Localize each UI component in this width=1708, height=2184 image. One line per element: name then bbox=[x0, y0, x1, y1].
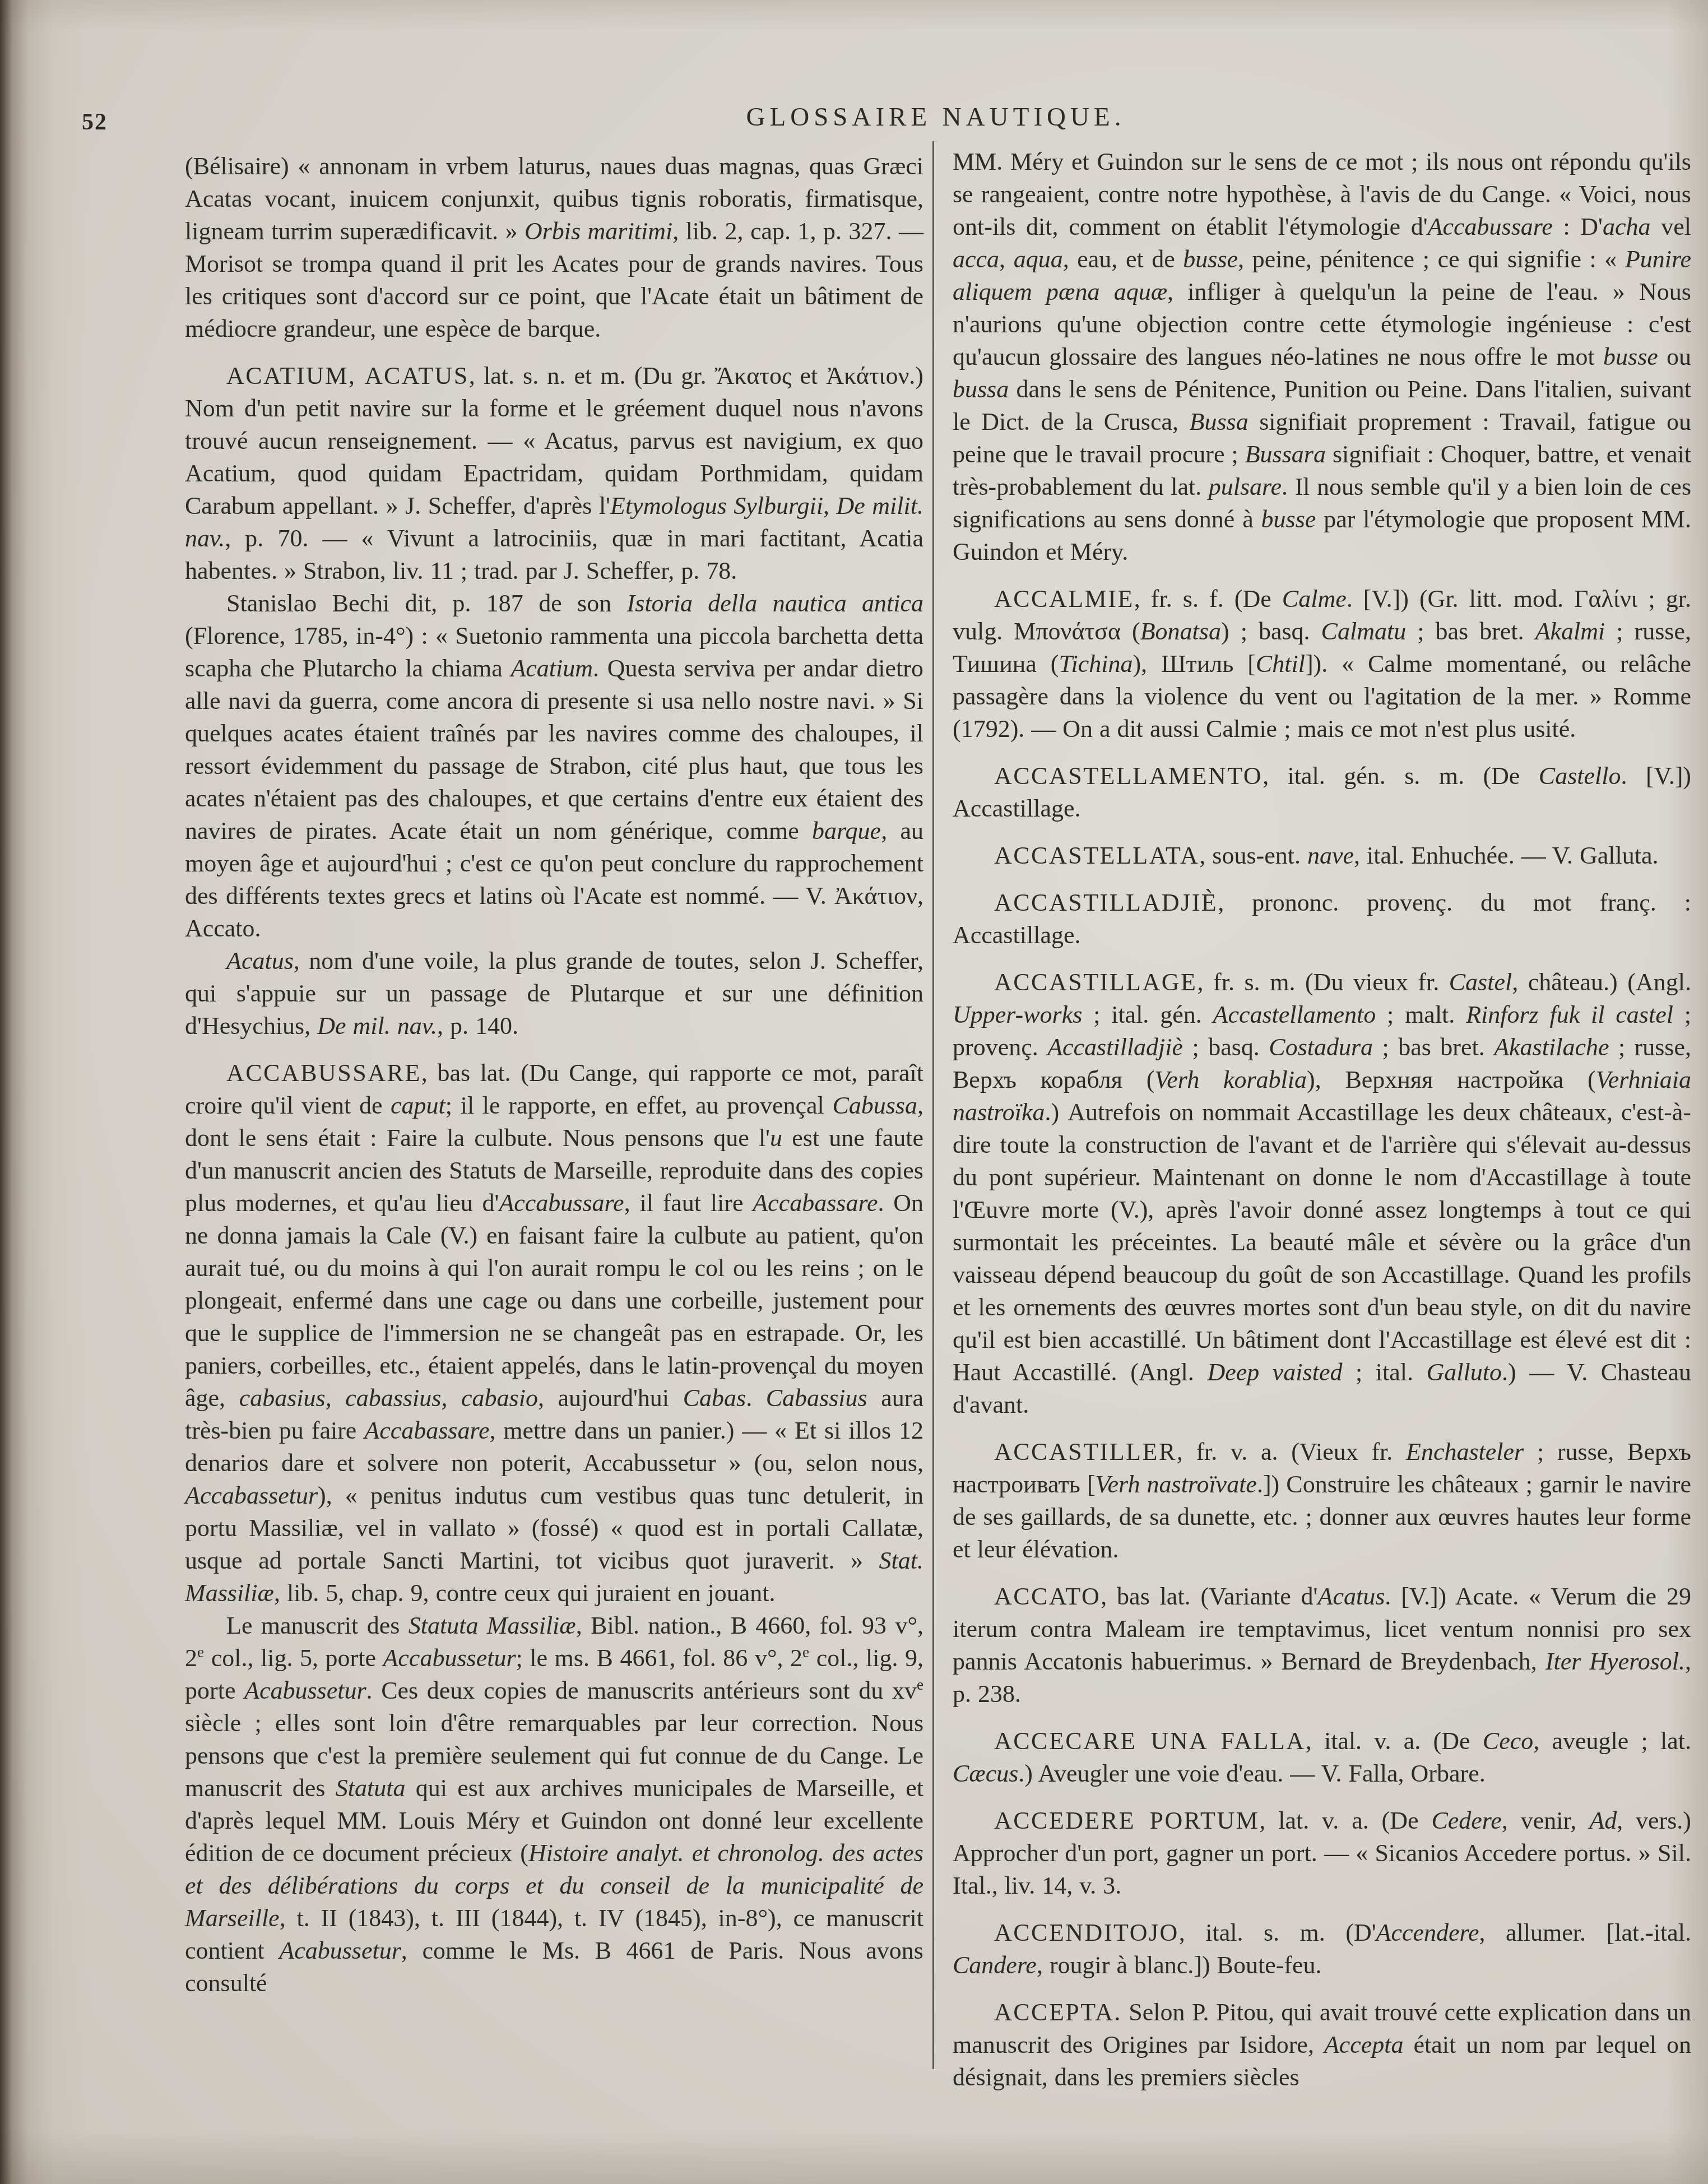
column-divider bbox=[932, 141, 934, 2069]
para-acatus-voile: Acatus, nom d'une voile, la plus grande … bbox=[185, 945, 923, 1042]
continuation-mery-guindon: MM. Méry et Guindon sur le sens de ce mo… bbox=[953, 146, 1691, 568]
entry-accalmie: ACCALMIE, fr. s. f. (De Calme. [V.]) (Gr… bbox=[953, 583, 1691, 745]
entry-accastiller: ACCASTILLER, fr. v. a. (Vieux fr. Enchas… bbox=[953, 1436, 1691, 1566]
entry-accabussare: ACCABUSSARE, bas lat. (Du Cange, qui rap… bbox=[185, 1057, 923, 1610]
page-number: 52 bbox=[82, 109, 108, 136]
para-stanislao-bechi: Stanislao Bechi dit, p. 187 de son Istor… bbox=[185, 587, 923, 945]
entry-acatium: ACATIUM, ACATUS, lat. s. n. et m. (Du gr… bbox=[185, 360, 923, 587]
para-manuscrit-statuta: Le manuscrit des Statuta Massiliæ, Bibl.… bbox=[185, 1610, 923, 2000]
entry-accastillage: ACCASTILLAGE, fr. s. m. (Du vieux fr. Ca… bbox=[953, 966, 1691, 1421]
right-column: MM. Méry et Guindon sur le sens de ce mo… bbox=[953, 146, 1691, 2094]
entry-accastilladjie: ACCASTILLADJIÈ, prononc. provenç. du mot… bbox=[953, 887, 1691, 952]
continuation-belisaire: (Bélisaire) « annonam in vrbem laturus, … bbox=[185, 150, 923, 345]
entry-accastellata: ACCASTELLATA, sous-ent. nave, ital. Enhu… bbox=[953, 840, 1691, 872]
entry-accastellamento: ACCASTELLAMENTO, ital. gén. s. m. (De Ca… bbox=[953, 760, 1691, 825]
entry-accato: ACCATO, bas lat. (Variante d'Acatus. [V.… bbox=[953, 1580, 1691, 1710]
entry-accenditojo: ACCENDITOJO, ital. s. m. (D'Accendere, a… bbox=[953, 1917, 1691, 1982]
entry-accecare-una-falla: ACCECARE UNA FALLA, ital. v. a. (De Ceco… bbox=[953, 1725, 1691, 1790]
entry-accepta: ACCEPTA. Selon P. Pitou, qui avait trouv… bbox=[953, 1996, 1691, 2094]
entry-accedere-portum: ACCEDERE PORTUM, lat. v. a. (De Cedere, … bbox=[953, 1805, 1691, 1902]
left-column: (Bélisaire) « annonam in vrbem laturus, … bbox=[185, 150, 923, 2000]
running-title: GLOSSAIRE NAUTIQUE. bbox=[185, 102, 1687, 132]
scanned-page: 52 GLOSSAIRE NAUTIQUE. (Bélisaire) « ann… bbox=[0, 0, 1708, 2184]
